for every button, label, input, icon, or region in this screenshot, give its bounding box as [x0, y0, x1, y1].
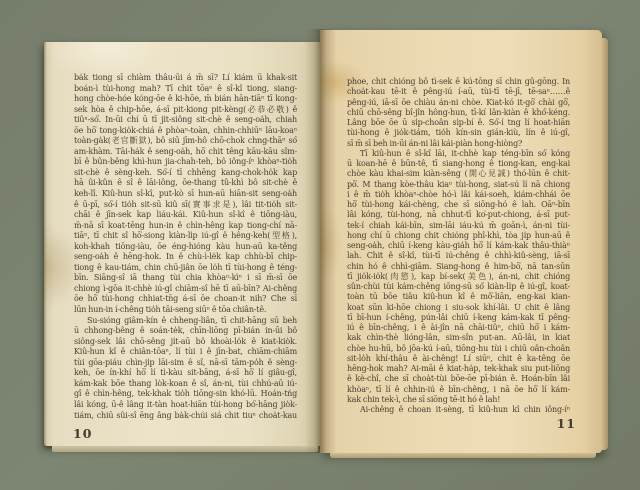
text-line: boán-ì tùi-hong mah? Tī chit tōaⁿ ê sî-k… — [74, 84, 297, 95]
text-line: m̄-nā sī koat-tēng hun-in ê chìn-hêng ka… — [74, 221, 297, 232]
text-line: toàn-ga̍k(老官斷獄), bô siū jīm-hô chō-chok … — [74, 136, 297, 147]
text-line: tiāⁿ, tī chit sî hō͘-siong kiàn-li̍p iú-… — [74, 231, 297, 242]
text-line: kak chìn-thè lióng-lân, sim-sîn put-an. … — [347, 333, 570, 343]
page-right: phoe, chit chióng bô tì-sek ê kú-tōng sī… — [320, 30, 602, 453]
text-line: chòe hu-hū, bô jōa-kú í-aū, tiōng-hu tùi… — [347, 344, 570, 354]
text-line: am-khàm. Tāi-ha̍k ê seng-oa̍h, hō͘ chit … — [74, 147, 297, 158]
text-line: bīn. Siāng-sî iā thang tùi chia khòaⁿ-kì… — [74, 273, 297, 284]
page-left: ba̍k tiong sī chiàm thâu-ūi á m̄ sī? Lí … — [44, 42, 320, 446]
text-line: pêng-iú, iā-sī ōe chiàu án-ni chòe. Kiat… — [347, 98, 570, 108]
text-line: hā ûi-kûn ê sî ê lāi-iông, ōe-thang tû-k… — [74, 178, 297, 189]
text-line: tiong ê kau-tiám, chin chū-jiân ōe lo̍h … — [74, 263, 297, 274]
text-line: seng-oa̍h ê hēng-hok. In ê chù-ì-le̍k ka… — [74, 252, 297, 263]
text-line: lah. Chit ê sî-kî, tùi-tī iú-chêng ê chh… — [347, 251, 570, 261]
page-stack-edge — [602, 38, 608, 450]
text-line: koh-khah tiōng-iàu, ōe éng-hióng kàu hun… — [74, 242, 297, 253]
text-line: pō͘. M̄ thang kòe-thâu kiaⁿ tùi-hong, si… — [347, 180, 570, 190]
page-stack-edge — [52, 446, 318, 452]
text-line: tī bī-hun í-chêng, pún-lâi chiū í-keng k… — [347, 313, 570, 323]
text-line: khòaⁿ, tī lí ê chhin-iú ê bīn-chêng, i n… — [347, 385, 570, 395]
text-line: bī ê bûn-bêng khì-hun jia-chah-teh, bô i… — [74, 157, 297, 168]
text-line: tiûⁿ-só͘. In-ūi chí ū tī ji̍t-siông sit-… — [74, 115, 297, 126]
text-line: Tī kiû-hun ê sî-kî lāi, it-chhè kap téng… — [347, 149, 570, 159]
text-line: hong chí ū chiong chit chióng phî-khì, t… — [347, 231, 570, 241]
text-line: koat sūn ki-hōe chiong i siu-sok khí-lâi… — [347, 303, 570, 313]
text-line: keh, ōe ín-khí hō͘ lí tì-kàu sit-bāng, á… — [74, 368, 297, 379]
text-line: iú ê bīn-chêng, i ê ài-jîn nā chāi-tiûⁿ,… — [347, 323, 570, 333]
text-line: phoe, chit chióng bô tì-sek ê kú-tōng sī… — [347, 77, 570, 87]
text-line: chòe kàu khai-sim kiàn-sêng (開心見誠) thó-l… — [347, 169, 570, 179]
text-line: choa̍t-kau tē-it ê pêng-iú í-aū, tùi-tī … — [347, 87, 570, 97]
text-line: Su-sióng giâm-kín ê chheng-liân, tī chit… — [74, 316, 297, 327]
text-line: tùi-hong ê jio̍k-tiám, tio̍h kín-sin giá… — [347, 128, 570, 138]
text-line: sûn-chùi tùi kám-chêng iōng-sū só͘ kiàn-… — [347, 282, 570, 292]
text-line: sit-chè ê sèng-keh. Só͘-í tī chhēng kang… — [74, 168, 297, 179]
page-stack-edge — [330, 453, 596, 458]
text-line: hēng-hok mah? Ài-māi ê kiat-ha̍p, tek-kh… — [347, 364, 570, 374]
page-right-number: 11 — [557, 416, 576, 431]
text-line: sī m̄ sī beh in-ūi án-ni lâi kái-piàn ho… — [347, 139, 570, 149]
text-line: ba̍k tiong sī chiàm thâu-ūi á m̄ sī? Lí … — [74, 73, 297, 84]
text-line: tek-í chiah kái-bīn, sim-lāi iáu-kú m̄ g… — [347, 221, 570, 231]
page-left-number: 10 — [73, 426, 92, 441]
text-line: toàn tū bōe tiâu kiû-hun kî ê mô͘-liān, … — [347, 292, 570, 302]
text-line: lūn hun-in í-chêng tio̍h tāi-seng siūⁿ ê… — [74, 305, 297, 316]
text-line: ê kè-chî, che sī choa̍t-tùi bōe-ōe pī-bi… — [347, 374, 570, 384]
text-line: kám-kak bōe thang lo̍k-koan ê sî, án-ni,… — [74, 379, 297, 390]
page-left-text: ba̍k tiong sī chiàm thâu-ūi á m̄ sī? Lí … — [74, 73, 297, 421]
text-line: seng-oa̍h, chiū í-keng kàu-gia̍h hō͘ lí … — [347, 241, 570, 251]
text-line: ū koan-hē ê būn-tê, tī siang-hong ê tion… — [347, 159, 570, 169]
text-line: sit-lo̍h khí-thâu ê ài-chêng! Lí siūⁿ, c… — [347, 354, 570, 364]
text-line: tùi gōa-piáu chìn-ji̍p lāi-sim ê sî, nā-… — [74, 358, 297, 369]
scanner-background: ba̍k tiong sī chiàm thâu-ūi á m̄ sī? Lí … — [0, 0, 640, 490]
text-line: Lâng bōe ōe ū si̍p-choân si̍p-bí ê. Só͘-… — [347, 118, 570, 128]
text-line: chiong ì-gōa it-chhè iú-gî chiām-sî hē t… — [74, 284, 297, 295]
text-line: kak chin tek-ì, che sī siōng tē-it hó ê … — [347, 395, 570, 405]
text-line: ōe hō͘ tùi-hong chhiat-tn̄g á-sī ōe choa… — [74, 294, 297, 305]
text-line: keh-lî. Kiû-hun sî-kî, put-kò sī hun-aū … — [74, 189, 297, 200]
text-line: chin hó ê chhì-giām. Siang-hong ê him-bō… — [347, 262, 570, 272]
text-line: lâi kóng, tùi-hong, nā chhut-tī ko͘-put-… — [347, 210, 570, 220]
text-line: gî ê chìn-hêng, tek-khak tio̍h tiōng-sin… — [74, 389, 297, 400]
text-line: Kiû-hun kî ê chiân-tōaⁿ, lí tùi i ê jīn-… — [74, 347, 297, 358]
text-line: ū chhong-bêng ê soán-te̍k, chīn-liōng pī… — [74, 326, 297, 337]
text-line: chāi ê jīn-sek kap liáu-kái. Kiû-hun sî-… — [74, 210, 297, 221]
text-line: chiū chō-sêng bî-jîn hông-hun, tī-kí lân… — [347, 108, 570, 118]
text-line: i ê m̄ tio̍h khòaⁿ-chòe hó-ì lâi kái-soe… — [347, 190, 570, 200]
text-line: hō͘ tùi-hong kái-chèng, che sī siōng-hó … — [347, 200, 570, 210]
page-right-text: phoe, chit chióng bô tì-sek ê kú-tōng sī… — [347, 77, 570, 415]
text-line: ōe hō͘ tong-kio̍k-chiá ê phòaⁿ-toàn, chh… — [74, 126, 297, 137]
text-line: sek hòa ê chip-hōe, á-sī pit-kiong pit-k… — [74, 105, 297, 116]
text-line: ê ū-pī, só͘-í tio̍h sit-sū kiû sī(實事求是),… — [74, 200, 297, 211]
text-line: hong chòe-hóe kóng-ōe ê ki-hōe, m̄ bián … — [74, 94, 297, 105]
text-line: siông-sek lâi chō-sêng ji̍t-aū bô khoài-… — [74, 337, 297, 348]
text-line: Ai-chêng ê choan it-sèng, tī kiû-hun kî … — [347, 405, 570, 415]
text-line: tiám, chiū sûi-sî ēng âng ba̍k-chúi siá … — [74, 411, 297, 422]
text-line: tī jio̍k-io̍k(肉慾), kap bí-sek(美色), án-ni… — [347, 272, 570, 282]
text-line: lâi kóng, ū-ê lâng it-tàn hoat-hiān tùi-… — [74, 400, 297, 411]
